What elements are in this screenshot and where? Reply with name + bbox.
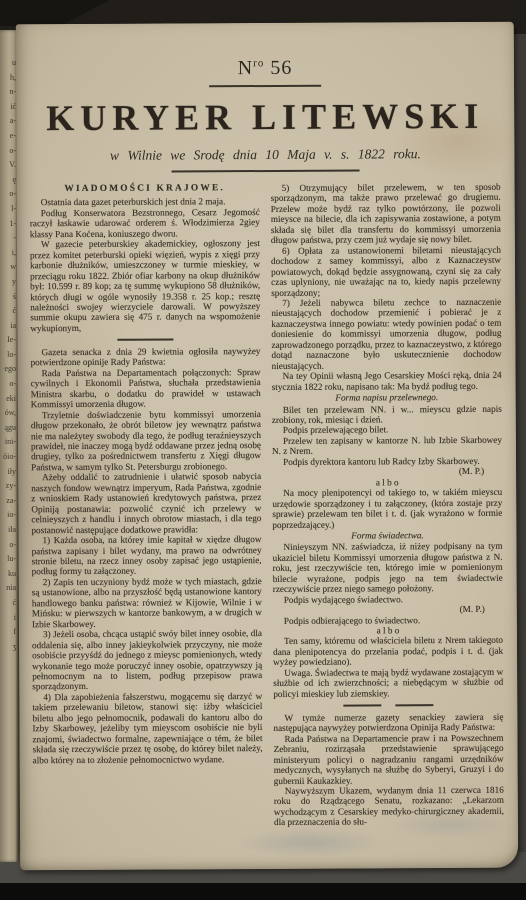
dateline: w Wilnie we Srodę dnia 10 Maja v. s. 182…	[29, 146, 501, 164]
dateline-rule	[172, 170, 360, 173]
article-columns: WIADOMOŚCI KRAJOWE.Ostatnia data gazet p…	[30, 182, 505, 829]
paragraph: Rada Państwa na Departamentach połączony…	[31, 367, 261, 410]
issue-number-rule	[209, 85, 321, 88]
text-fragment: eki	[0, 392, 16, 407]
paragraph: Na mocy plenipotencyi od takiego to, w t…	[272, 487, 502, 530]
text-fragment: a-	[0, 114, 16, 129]
masthead-title: KURYER LITEWSKI	[29, 95, 501, 139]
paragraph: 6) Opłata za ustanowionemi biletami nieu…	[271, 244, 501, 297]
paragraph: Ten samy, któremu od właściciela biletu …	[273, 635, 503, 668]
text-fragment: -	[0, 231, 16, 246]
paragraph: Forma napisu przelewnego.	[272, 392, 502, 404]
text-fragment: iła	[0, 523, 16, 538]
text-fragment: zy-	[0, 479, 16, 494]
text-fragment: ʒ	[0, 640, 16, 655]
paragraph: 5) Otrzymujący bilet przelewem, w ten sp…	[271, 182, 501, 246]
issue-number: Nro 56	[29, 56, 501, 81]
text-fragment: iły	[0, 465, 16, 480]
stain	[390, 812, 510, 839]
paragraph: Trzyletnie doświadczenie bytu kommissyi …	[31, 409, 261, 473]
paragraph: W tymże numerze gazety senackiey zawiera…	[273, 712, 503, 734]
text-fragment: y	[0, 275, 16, 290]
text-fragment: lo-	[0, 348, 16, 363]
text-fragment: u	[0, 56, 16, 71]
paragraph: 4) Dla zapobieżenia fałszerstwu, mogącem…	[32, 691, 262, 765]
paragraph: W gazecie peterburskiey akademickiey, og…	[30, 238, 260, 333]
text-fragment: w	[0, 260, 16, 275]
paragraph: Przelew ten zapisany w kantorze N. lub I…	[272, 435, 502, 457]
text-fragment: óio-	[0, 450, 16, 465]
paragraph: Na tey Opinii własną Jego Cesarskiey Moś…	[272, 370, 502, 392]
separator-double-rule	[273, 704, 503, 707]
issue-number-superscript: ro	[253, 57, 264, 69]
text-fragment: Ie-	[0, 333, 16, 348]
separator-rule	[117, 339, 173, 341]
paragraph: Forma świadectwa.	[272, 530, 502, 542]
newspaper-page: Nro 56 KURYER LITEWSKI w Wilnie we Srodę…	[16, 22, 518, 871]
text-fragment: ku	[0, 567, 16, 582]
text-fragment: o-	[0, 187, 16, 202]
text-fragment: ę	[0, 173, 16, 188]
paragraph: 2) Zapis ten uczyniony bydź może w tych …	[32, 576, 262, 629]
text-fragment: o-	[0, 377, 16, 392]
left-column: WIADOMOŚCI KRAJOWE.Ostatnia data gazet p…	[30, 183, 263, 765]
paragraph: Ażeby oddalić to zatrudnienie i ułatwić …	[31, 471, 261, 535]
text-fragment: ś	[0, 290, 16, 305]
text-fragment: h,	[0, 71, 16, 86]
text-fragment: 1-	[0, 217, 16, 232]
paragraph: 7) Jeżeli nabywca biletu zechce to nazna…	[271, 297, 501, 371]
paragraph: Rada Państwa na Departamencie praw i na …	[274, 732, 504, 785]
text-fragment: i,	[0, 246, 16, 261]
text-fragment: o-	[0, 144, 16, 159]
text-fragment: o-	[0, 538, 16, 553]
text-fragment: ć	[0, 304, 16, 319]
text-fragment: ągu	[0, 421, 16, 436]
issue-number-prefix: N	[238, 57, 254, 79]
paragraph: (M. P.)	[273, 604, 503, 616]
text-fragment: ów,	[0, 406, 16, 421]
stain	[235, 827, 385, 858]
scan-background-bottom-edge	[0, 883, 526, 900]
text-fragment: ić	[0, 100, 16, 115]
text-fragment: V.	[0, 158, 16, 173]
text-fragment: lu-	[0, 552, 16, 567]
paragraph: 3) Jeżeli osoba, chcąca ustąpić swóy bil…	[32, 628, 262, 692]
text-fragment: n-	[0, 85, 16, 100]
text-fragment: e-	[0, 129, 16, 144]
scanned-newspaper-photo: { "page": { "issue_number": { "prefix": …	[0, 0, 526, 900]
paragraph: (M. P.)	[272, 466, 502, 478]
text-fragment: ia	[0, 319, 16, 334]
text-fragment: ini-	[0, 435, 16, 450]
right-column: 5) Otrzymujący bilet przelewem, w ten sp…	[271, 182, 504, 828]
text-fragment: ć	[0, 596, 16, 611]
issue-number-value: 56	[270, 57, 292, 79]
text-fragment: ego	[0, 362, 16, 377]
paragraph: Podług Konserwatora Bezstronnego, Cesarz…	[30, 207, 260, 240]
section-heading: WIADOMOŚCI KRAJOWE.	[30, 183, 260, 195]
paragraph: Gazeta senacka z dnia 29 kwietnia ogłosi…	[30, 346, 260, 368]
text-fragment: f	[0, 625, 16, 640]
text-fragment: nia	[0, 581, 16, 596]
paragraph: Ninieyszym NN. zaświadcza, iż niżey podp…	[273, 541, 503, 594]
text-fragment: za-	[0, 494, 16, 509]
paragraph: Bilet ten przelewam NN. i w... mieyscu g…	[272, 403, 502, 425]
text-fragment: i	[0, 611, 16, 626]
text-fragment: l-	[0, 202, 16, 217]
paragraph: Uwaga. Świadectwa te mają bydź wydawane …	[273, 667, 503, 700]
paragraph: 1) Każda osoba, na którey imie kapitał w…	[31, 534, 261, 577]
text-fragment: io-	[0, 508, 16, 523]
